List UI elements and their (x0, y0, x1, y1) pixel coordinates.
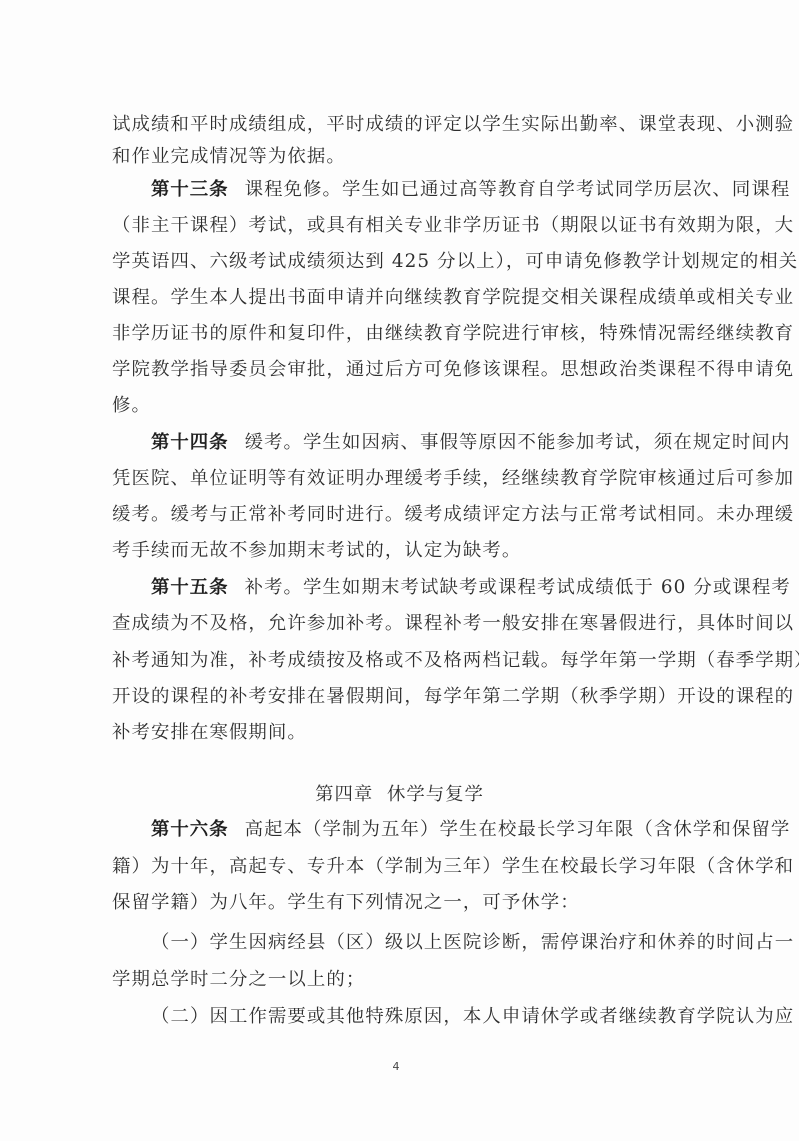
text-line: （二）因工作需要或其他特殊原因，本人申请休学或者继续教育学院认为应 (151, 1005, 684, 1029)
article-number: 第十四条 (151, 432, 229, 453)
text-line: 查成绩为不及格，允许参加补考。课程补考一般安排在寒暑假进行，具体时间以 (112, 612, 684, 636)
article-first-line: 第十三条课程免修。学生如已通过高等教育自学考试同学历层次、同课程 (151, 178, 684, 202)
article-number: 第十五条 (151, 577, 229, 598)
text-line: 保留学籍）为八年。学生有下列情况之一，可予休学： (112, 891, 684, 915)
text-line: 课程。学生本人提出书面申请并向继续教育学院提交相关课程成绩单或相关专业 (112, 286, 684, 310)
text-span: 缓考。学生如因病、事假等原因不能参加考试，须在规定时间内 (245, 432, 791, 453)
text-line: 和作业完成情况等为依据。 (112, 145, 684, 169)
text-line: 学期总学时二分之一以上的； (112, 968, 684, 992)
text-line: 凭医院、单位证明等有效证明办理缓考手续，经继续教育学院审核通过后可参加 (112, 467, 684, 491)
page-number: 4 (0, 1060, 792, 1073)
article-number: 第十三条 (151, 179, 229, 200)
text-line: （一）学生因病经县（区）级以上医院诊断，需停课治疗和休养的时间占一 (151, 931, 684, 955)
text-line: 学英语四、六级考试成绩须达到 425 分以上），可申请免修教学计划规定的相关 (112, 250, 684, 274)
text-line: 开设的课程的补考安排在暑假期间，每学年第二学期（秋季学期）开设的课程的 (112, 685, 684, 709)
chapter-heading: 第四章 休学与复学 (0, 783, 799, 807)
article-first-line: 第十六条高起本（学制为五年）学生在校最长学习年限（含休学和保留学 (151, 818, 684, 842)
article-number: 第十六条 (151, 819, 229, 840)
article-first-line: 第十五条补考。学生如期末考试缺考或课程考试成绩低于 60 分或课程考 (151, 576, 684, 600)
text-line: 补考安排在寒假期间。 (112, 721, 684, 745)
text-line: 修。 (112, 394, 684, 418)
text-span: 课程免修。学生如已通过高等教育自学考试同学历层次、同课程 (245, 179, 791, 200)
text-line: 非学历证书的原件和复印件，由继续教育学院进行审核，特殊情况需经继续教育 (112, 322, 684, 346)
text-line: 试成绩和平时成绩组成，平时成绩的评定以学生实际出勤率、课堂表现、小测验 (112, 113, 684, 137)
text-span: 补考。学生如期末考试缺考或课程考试成绩低于 60 分或课程考 (245, 577, 791, 598)
text-line: 考手续而无故不参加期末考试的，认定为缺考。 (112, 539, 684, 563)
article-first-line: 第十四条缓考。学生如因病、事假等原因不能参加考试，须在规定时间内 (151, 431, 684, 455)
text-line: 学院教学指导委员会审批，通过后方可免修该课程。思想政治类课程不得申请免 (112, 358, 684, 382)
text-span: 高起本（学制为五年）学生在校最长学习年限（含休学和保留学 (245, 819, 791, 840)
text-line: 补考通知为准，补考成绩按及格或不及格两档记载。每学年第一学期（春季学期） (112, 649, 684, 673)
document-page: 试成绩和平时成绩组成，平时成绩的评定以学生实际出勤率、课堂表现、小测验 和作业完… (0, 0, 799, 1141)
text-line: （非主干课程）考试，或具有相关专业非学历证书（期限以证书有效期为限，大 (112, 214, 684, 238)
text-line: 缓考。缓考与正常补考同时进行。缓考成绩评定方法与正常考试相同。未办理缓 (112, 503, 684, 527)
text-line: 籍）为十年，高起专、专升本（学制为三年）学生在校最长学习年限（含休学和 (112, 855, 684, 879)
